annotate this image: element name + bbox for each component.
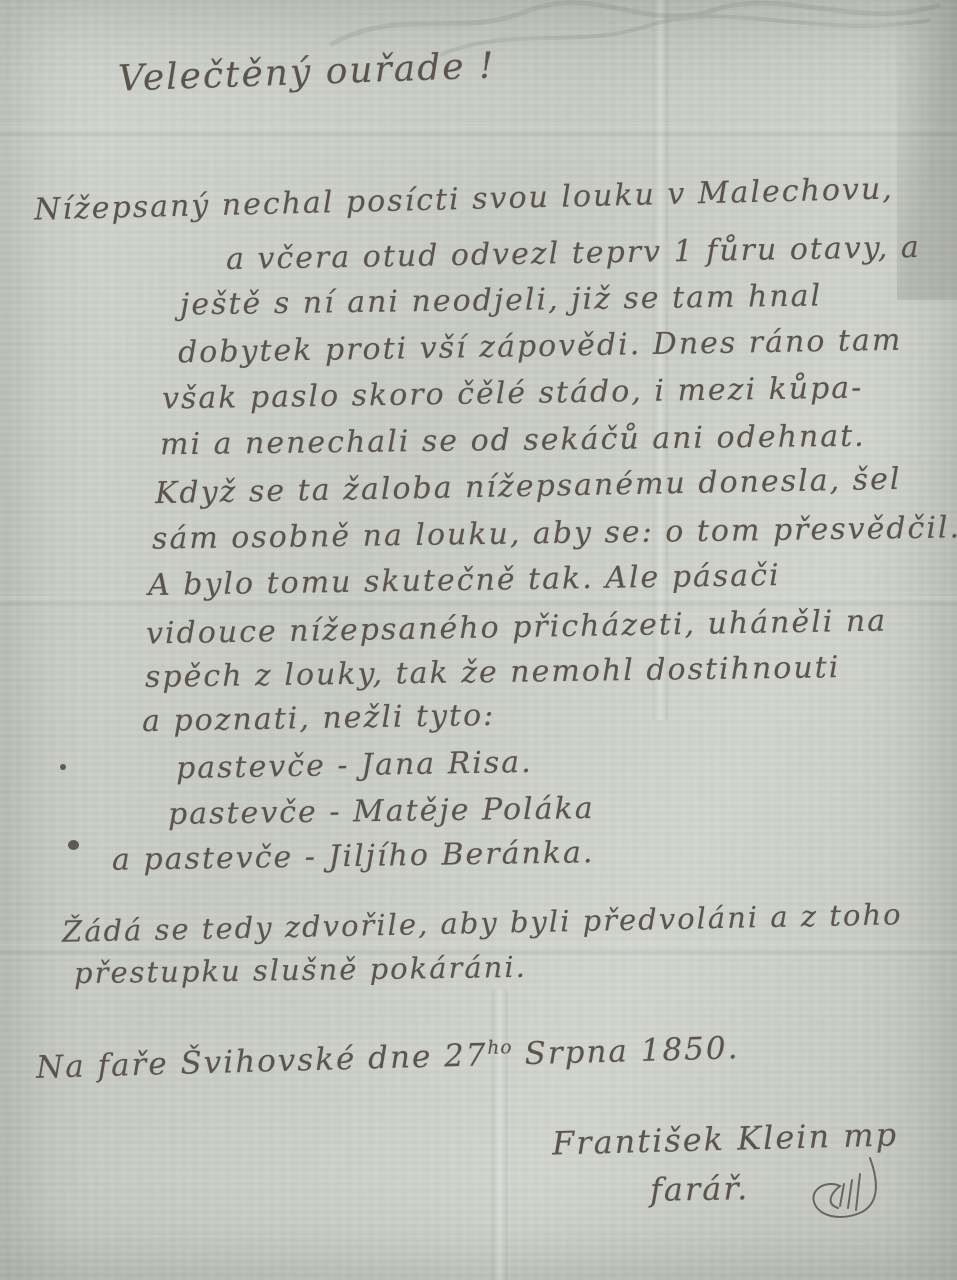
signature-flourish (800, 1150, 890, 1230)
body-line-5: však paslo skoro čělé stádo, i mezi kůpa… (162, 370, 864, 416)
body-line-1: Nížepsaný nechal posícti svou louku v Ma… (34, 172, 894, 228)
dateline-suffix: Srpna 1850. (512, 1030, 740, 1072)
body-line-2: a včera otud odvezl teprv 1 fůru otavy, … (226, 230, 921, 277)
body-line-11: spěch z louky, tak že nemohl dostihnouti (145, 650, 841, 695)
request-line-1: Žádá se tedy zdvořile, aby byli předvolá… (62, 897, 903, 949)
body-line-4: dobytek proti vší zápovědi. Dnes ráno ta… (178, 323, 903, 371)
dateline-prefix: Na faře Švihovské dne 27 (36, 1037, 488, 1086)
body-line-8: sám osobně na louku, aby se: o tom přesv… (152, 510, 957, 556)
margin-ink-dot-large (68, 840, 79, 850)
signature-title: farář. (650, 1169, 750, 1209)
body-line-9: A bylo tomu skutečně tak. Ale pásači (148, 558, 781, 603)
fold-crease-vertical-bottom (492, 990, 508, 1280)
fold-crease-horizontal-top (0, 126, 957, 140)
herdsman-item-2: pastevče - Matěje Poláka (168, 791, 595, 832)
margin-ink-dot-small (60, 764, 66, 770)
body-line-6: mi a nenechali se od sekáčů ani odehnat. (160, 419, 866, 463)
dateline: Na faře Švihovské dne 27ho Srpna 1850. (36, 1030, 740, 1086)
herdsman-item-1: pastevče - Jana Risa. (176, 745, 533, 786)
dateline-superscript: ho (487, 1037, 513, 1059)
letter-page: Velečtěný ouřade ! Nížepsaný nechal posí… (0, 0, 957, 1280)
herdsman-item-3: a pastevče - Jiljího Beránka. (112, 835, 595, 878)
request-line-2: přestupku slušně pokáráni. (74, 950, 527, 990)
signature-name: František Klein mp (552, 1115, 899, 1162)
salutation: Velečtěný ouřade ! (117, 45, 496, 99)
body-line-7: Když se ta žaloba nížepsanému donesla, š… (155, 462, 902, 511)
body-line-3: ještě s ní ani neodjeli, již se tam hnal (180, 279, 823, 323)
body-line-12: a poznati, nežli tyto: (142, 698, 496, 739)
body-line-10: vidouce nížepsaného přicházeti, uháněli … (146, 604, 888, 652)
